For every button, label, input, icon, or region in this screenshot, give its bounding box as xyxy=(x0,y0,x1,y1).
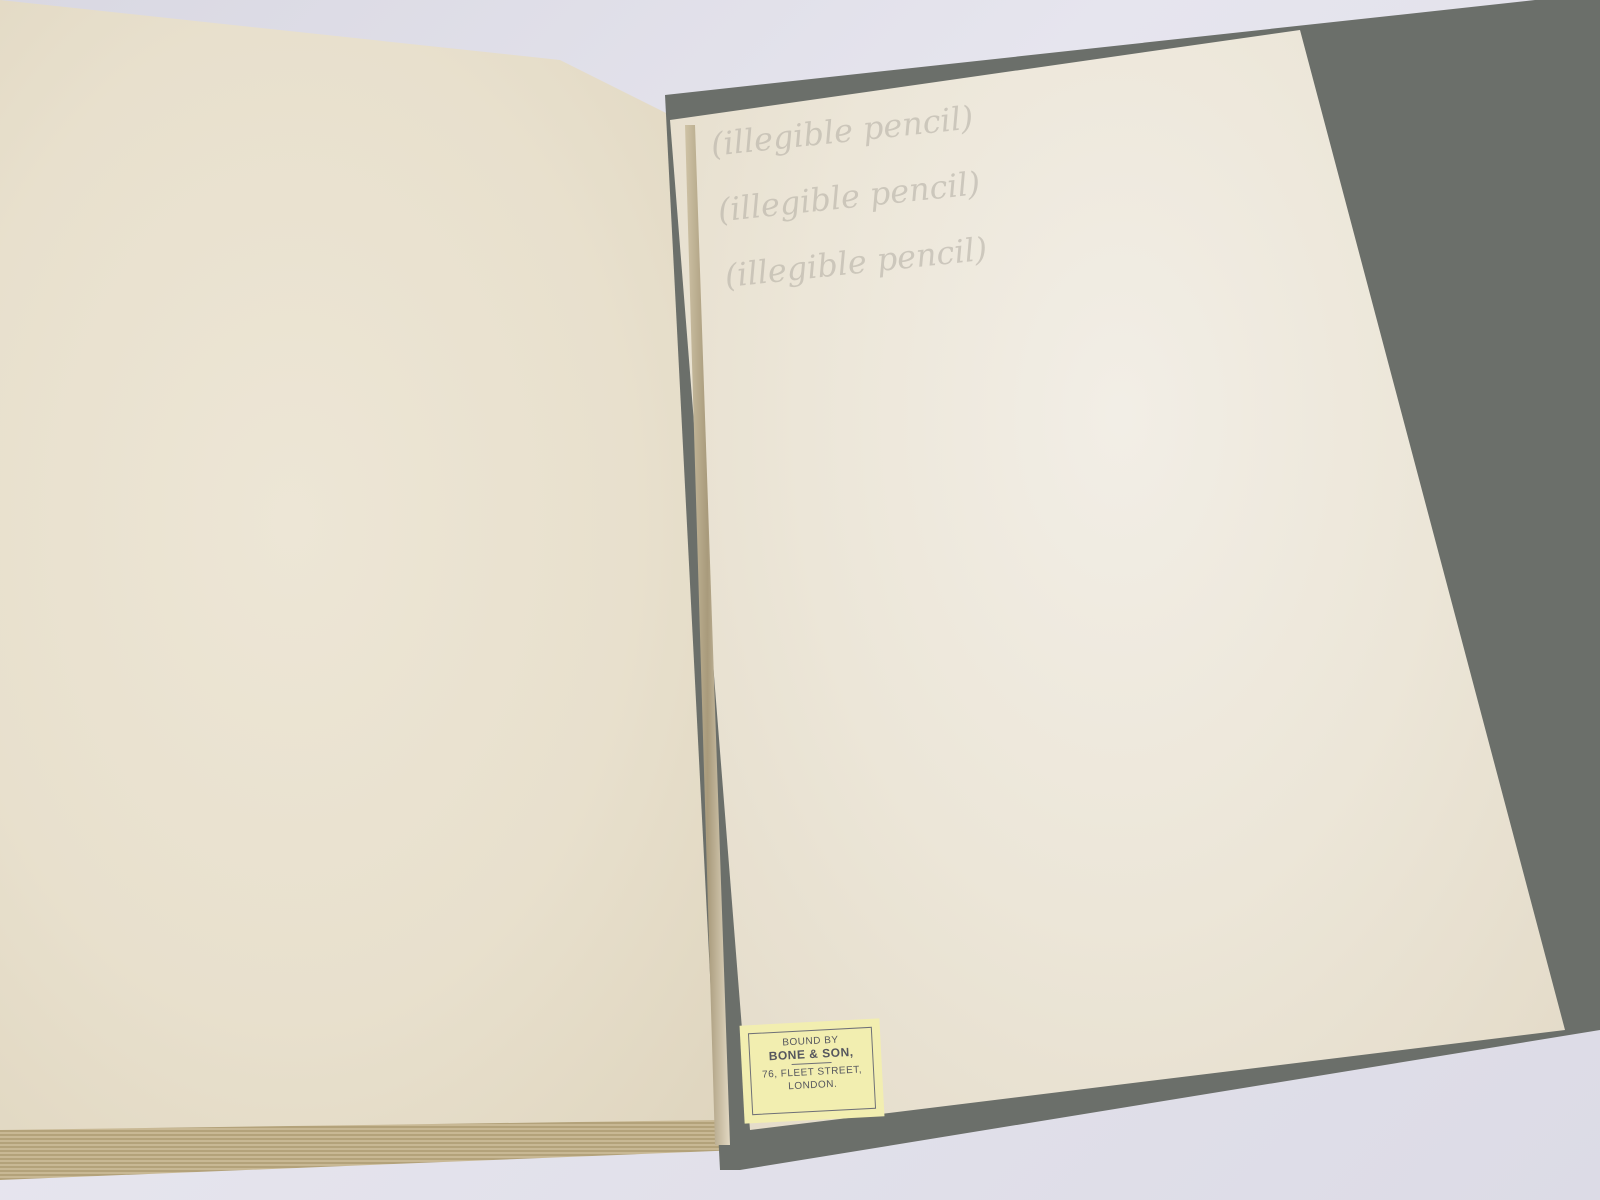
binder-ticket: BOUND BY BONE & SON, 76, FLEET STREET, L… xyxy=(740,1018,885,1123)
photo-scene: (illegible pencil) (illegible pencil) (i… xyxy=(0,0,1600,1200)
page-block-edges xyxy=(0,1120,740,1200)
left-blank-page xyxy=(0,0,730,1160)
binder-ticket-frame: BOUND BY BONE & SON, 76, FLEET STREET, L… xyxy=(748,1027,876,1115)
